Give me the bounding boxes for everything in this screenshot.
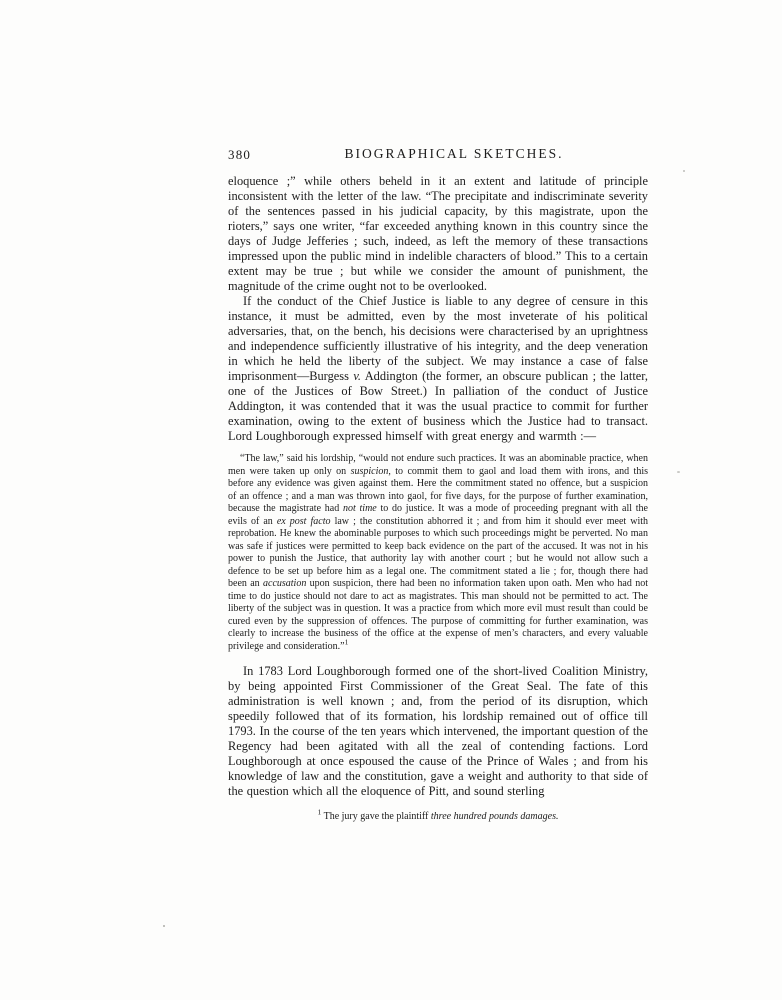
paragraph-eloquence: eloquence ;” while others beheld in it a…: [228, 174, 648, 294]
text-segment-italic: suspicion: [351, 466, 389, 477]
scan-speck: [163, 925, 165, 927]
footnote-text-italic: three hundred pounds damages.: [431, 811, 559, 822]
footnote: 1 The jury gave the plaintiff three hund…: [228, 811, 648, 824]
paragraph-chief-justice: If the conduct of the Chief Justice is l…: [228, 294, 648, 444]
text-segment-italic: not time: [343, 503, 377, 514]
book-page: 380 BIOGRAPHICAL SKETCHES. eloquence ;” …: [0, 0, 782, 1000]
text-segment: In 1783 Lord Loughborough formed one of …: [228, 664, 648, 798]
footnote-reference-mark: 1: [345, 637, 349, 646]
page-header: 380 BIOGRAPHICAL SKETCHES.: [228, 146, 648, 164]
text-segment-italic: v.: [353, 369, 361, 383]
scan-speck: [683, 170, 685, 172]
scan-speck: [677, 471, 680, 473]
text-segment-italic: accusation: [263, 578, 306, 589]
paragraph-coalition-ministry: In 1783 Lord Loughborough formed one of …: [228, 664, 648, 799]
running-title: BIOGRAPHICAL SKETCHES.: [228, 146, 648, 162]
footnote-text: The jury gave the plaintiff: [321, 811, 431, 822]
text-segment: eloquence ;” while others beheld in it a…: [228, 174, 648, 293]
block-quote-lordship: “The law,” said his lordship, “would not…: [228, 453, 648, 653]
text-segment: upon suspicion, there had been no inform…: [228, 578, 648, 652]
text-segment-italic: ex post facto: [277, 516, 331, 527]
text-column: eloquence ;” while others beheld in it a…: [228, 174, 648, 824]
